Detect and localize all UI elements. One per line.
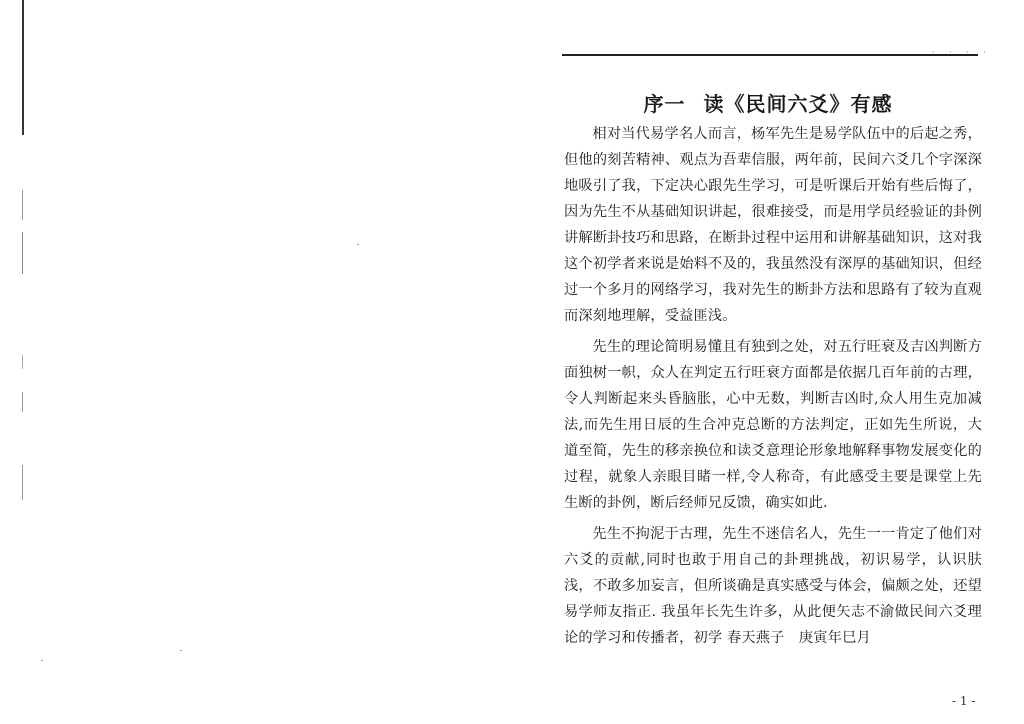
binding-edge-mark bbox=[22, 465, 23, 500]
body-text: 相对当代易学名人而言，杨军先生是易学队伍中的后起之秀，但他的刻苦精神、观点为吾辈… bbox=[564, 121, 982, 656]
binding-edge-mark bbox=[22, 190, 23, 220]
binding-edge-mark bbox=[22, 232, 23, 274]
scan-speck bbox=[357, 244, 359, 245]
paragraph-1: 相对当代易学名人而言，杨军先生是易学队伍中的后起之秀，但他的刻苦精神、观点为吾辈… bbox=[564, 121, 982, 329]
binding-edge-mark bbox=[22, 392, 23, 412]
page-number: - 1 - bbox=[952, 694, 975, 708]
scan-speck bbox=[180, 650, 182, 651]
title-main: 读《民间六爻》有感 bbox=[704, 92, 893, 116]
right-page: · · · · 序一读《民间六爻》有感 相对当代易学名人而言，杨军先生是易学队伍… bbox=[512, 0, 1024, 724]
page-title: 序一读《民间六爻》有感 bbox=[512, 88, 1024, 117]
binding-edge-mark bbox=[22, 355, 23, 369]
binding-edge-mark bbox=[22, 0, 24, 135]
paragraph-3: 先生不拘泥于古理，先生不迷信名人，先生一一肯定了他们对六爻的贡献,同时也敢于用自… bbox=[564, 521, 982, 651]
header-rule bbox=[562, 54, 978, 56]
scan-speck bbox=[41, 660, 43, 661]
header-rule-dots: · · · · bbox=[932, 48, 992, 57]
left-page-blank bbox=[0, 0, 512, 724]
title-preface-label: 序一 bbox=[644, 92, 686, 116]
paragraph-2: 先生的理论简明易懂且有独到之处，对五行旺衰及吉凶判断方面独树一帜，众人在判定五行… bbox=[564, 334, 982, 516]
